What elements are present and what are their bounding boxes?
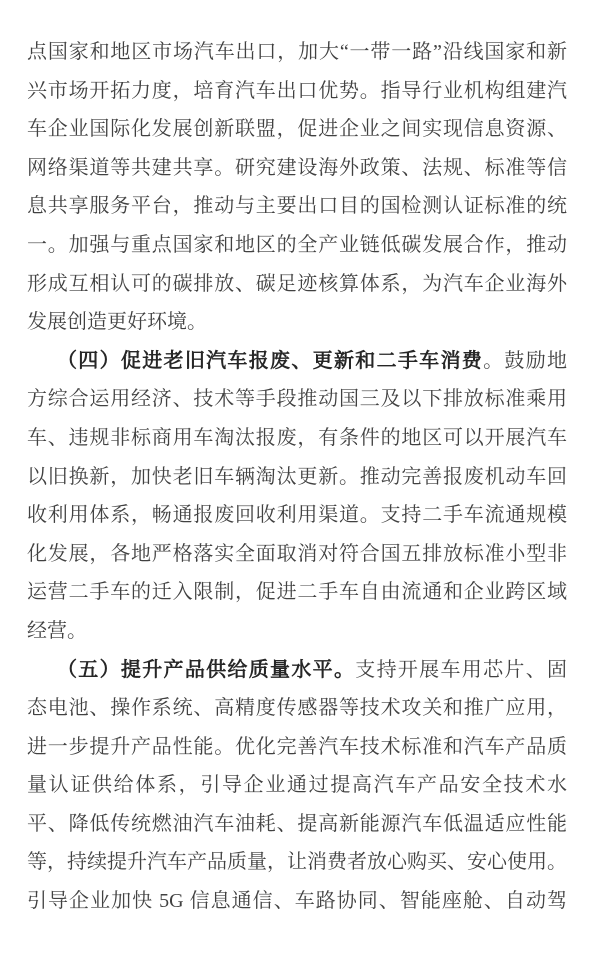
text-segment: 息共享服务平台，推动与主要出口目的国检测认证标准的统 — [27, 195, 567, 217]
text-segment: 车企业国际化发展创新联盟，促进企业之间实现信息资源、 — [27, 118, 567, 140]
text-line: 等，持续提升汽车产品质量，让消费者放心购买、安心使用。 — [27, 843, 567, 882]
text-segment: 经营。 — [27, 620, 87, 642]
text-segment: 收利用体系，畅通报废回收利用渠道。支持二手车流通规模 — [27, 504, 567, 526]
text-segment: 等，持续提升汽车产品质量，让消费者放心购买、安心使用。 — [27, 851, 567, 873]
text-segment: 以旧换新，加快老旧车辆淘汰更新。推动完善报废机动车回 — [27, 466, 567, 488]
text-line: 车、违规非标商用车淘汰报废，有条件的地区可以开展汽车 — [27, 419, 567, 458]
text-line: 点国家和地区市场汽车出口，加大“一带一路”沿线国家和新 — [27, 33, 567, 72]
text-segment: 平、降低传统燃油汽车油耗、提高新能源汽车低温适应性能 — [27, 813, 567, 835]
text-line: 网络渠道等共建共享。研究建设海外政策、法规、标准等信 — [27, 149, 567, 188]
text-line: 方综合运用经济、技术等手段推动国三及以下排放标准乘用 — [27, 380, 567, 419]
text-segment: 运营二手车的迁入限制，促进二手车自由流通和企业跨区域 — [27, 581, 567, 603]
text-line: 一。加强与重点国家和地区的全产业链低碳发展合作，推动 — [27, 226, 567, 265]
document-page: 点国家和地区市场汽车出口，加大“一带一路”沿线国家和新兴市场开拓力度，培育汽车出… — [0, 0, 593, 969]
text-line: 兴市场开拓力度，培育汽车出口优势。指导行业机构组建汽 — [27, 72, 567, 111]
text-segment: 。鼓励地 — [483, 350, 567, 372]
text-segment: 形成互相认可的碳排放、碳足迹核算体系，为汽车企业海外 — [27, 273, 567, 295]
text-segment: 化发展，各地严格落实全面取消对符合国五排放标准小型非 — [27, 543, 567, 565]
text-segment: 量认证供给体系，引导企业通过提高汽车产品安全技术水 — [27, 774, 567, 796]
text-line: 息共享服务平台，推动与主要出口目的国检测认证标准的统 — [27, 187, 567, 226]
text-segment: 态电池、操作系统、高精度传感器等技术攻关和推广应用， — [27, 697, 567, 719]
text-segment: 支持开展车用芯片、固 — [355, 659, 567, 681]
text-content: 点国家和地区市场汽车出口，加大“一带一路”沿线国家和新兴市场开拓力度，培育汽车出… — [27, 33, 567, 921]
text-line: 进一步提升产品性能。优化完善汽车技术标准和汽车产品质 — [27, 728, 567, 767]
heading-segment: （五）提升产品供给质量水平。 — [57, 659, 355, 681]
text-line: 平、降低传统燃油汽车油耗、提高新能源汽车低温适应性能 — [27, 805, 567, 844]
text-line: 引导企业加快 5G 信息通信、车路协同、智能座舱、自动驾 — [27, 882, 567, 921]
text-line: 形成互相认可的碳排放、碳足迹核算体系，为汽车企业海外 — [27, 265, 567, 304]
text-segment: 发展创造更好环境。 — [27, 311, 207, 333]
text-segment: 方综合运用经济、技术等手段推动国三及以下排放标准乘用 — [27, 388, 567, 410]
text-line: 运营二手车的迁入限制，促进二手车自由流通和企业跨区域 — [27, 573, 567, 612]
text-segment: 兴市场开拓力度，培育汽车出口优势。指导行业机构组建汽 — [27, 80, 567, 102]
text-line: 化发展，各地严格落实全面取消对符合国五排放标准小型非 — [27, 535, 567, 574]
text-line: 以旧换新，加快老旧车辆淘汰更新。推动完善报废机动车回 — [27, 458, 567, 497]
text-line: （四）促进老旧汽车报废、更新和二手车消费。鼓励地 — [27, 342, 567, 381]
text-line: 量认证供给体系，引导企业通过提高汽车产品安全技术水 — [27, 766, 567, 805]
text-segment: 点国家和地区市场汽车出口，加大“一带一路”沿线国家和新 — [27, 41, 567, 63]
text-segment: 车、违规非标商用车淘汰报废，有条件的地区可以开展汽车 — [27, 427, 567, 449]
text-line: 车企业国际化发展创新联盟，促进企业之间实现信息资源、 — [27, 110, 567, 149]
text-segment: 进一步提升产品性能。优化完善汽车技术标准和汽车产品质 — [27, 736, 567, 758]
text-segment: 网络渠道等共建共享。研究建设海外政策、法规、标准等信 — [27, 157, 567, 179]
text-line: （五）提升产品供给质量水平。支持开展车用芯片、固 — [27, 651, 567, 690]
text-line: 收利用体系，畅通报废回收利用渠道。支持二手车流通规模 — [27, 496, 567, 535]
text-segment: 引导企业加快 5G 信息通信、车路协同、智能座舱、自动驾 — [27, 890, 567, 912]
heading-segment: （四）促进老旧汽车报废、更新和二手车消费 — [57, 350, 483, 372]
text-segment: 一。加强与重点国家和地区的全产业链低碳发展合作，推动 — [27, 234, 567, 256]
text-line: 发展创造更好环境。 — [27, 303, 567, 342]
text-line: 经营。 — [27, 612, 567, 651]
text-line: 态电池、操作系统、高精度传感器等技术攻关和推广应用， — [27, 689, 567, 728]
